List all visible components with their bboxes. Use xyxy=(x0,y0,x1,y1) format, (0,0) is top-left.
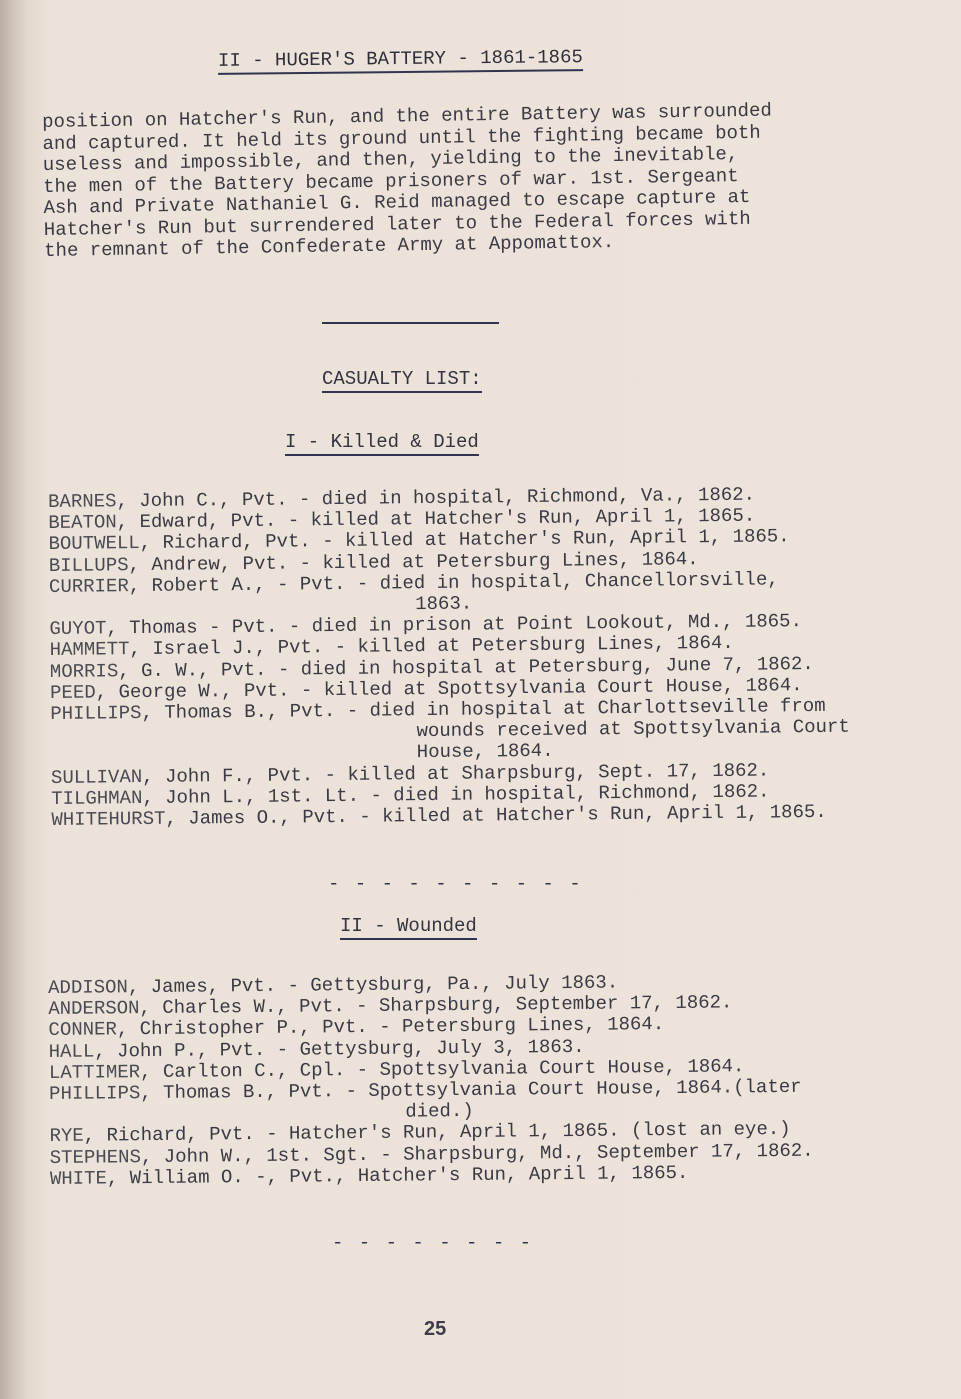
entry-surname: STEPHENS xyxy=(50,1146,141,1169)
entry-surname: BOUTWELL xyxy=(48,532,139,555)
entry-surname: PEED xyxy=(50,681,96,703)
intro-paragraph: position on Hatcher's Run, and the entir… xyxy=(42,99,864,262)
casualty-list-heading: CASUALTY LIST: xyxy=(322,368,482,393)
entry-details: , William O. -, Pvt., Hatcher's Run, Apr… xyxy=(107,1162,689,1190)
entry-surname: PHILLIPS xyxy=(50,702,141,725)
entry-surname: GUYOT xyxy=(49,618,106,641)
entry-surname: HAMMETT xyxy=(50,639,130,662)
entry-surname: BEATON xyxy=(48,511,117,534)
section-rule xyxy=(322,322,499,324)
document-page: II - HUGER'S BATTERY - 1861-1865 positio… xyxy=(0,0,961,1399)
page-title: II - HUGER'S BATTERY - 1861-1865 xyxy=(218,46,583,75)
entry-surname: HALL xyxy=(49,1040,95,1062)
entry-surname: SULLIVAN xyxy=(51,766,142,789)
entry-surname: LATTIMER xyxy=(49,1061,140,1084)
entry-surname: ADDISON xyxy=(48,976,128,999)
entry-surname: BILLUPS xyxy=(49,554,129,577)
entry-surname: CURRIER xyxy=(49,575,129,598)
killed-section-heading: I - Killed & Died xyxy=(285,431,479,456)
entry-surname: MORRIS xyxy=(50,660,119,683)
wounded-list: ADDISON, James, Pvt. - Gettysburg, Pa., … xyxy=(48,969,950,1190)
entry-surname: CONNER xyxy=(48,1019,117,1042)
entry-surname: WHITE xyxy=(50,1167,107,1190)
page-number: 25 xyxy=(424,1318,446,1341)
entry-surname: PHILLIPS xyxy=(49,1082,140,1105)
entry-surname: BARNES xyxy=(48,490,117,513)
entry-surname: ANDERSON xyxy=(48,997,139,1020)
entry-surname: WHITEHURST xyxy=(51,808,165,831)
entry-surname: TILGHMAN xyxy=(51,787,142,810)
entry-surname: RYE xyxy=(49,1125,83,1147)
wounded-section-heading: II - Wounded xyxy=(340,915,477,940)
dashed-divider: - - - - - - - - - - xyxy=(328,873,583,895)
dashed-divider: - - - - - - - - xyxy=(332,1232,533,1254)
killed-list: BARNES, John C., Pvt. - died in hospital… xyxy=(48,483,952,832)
